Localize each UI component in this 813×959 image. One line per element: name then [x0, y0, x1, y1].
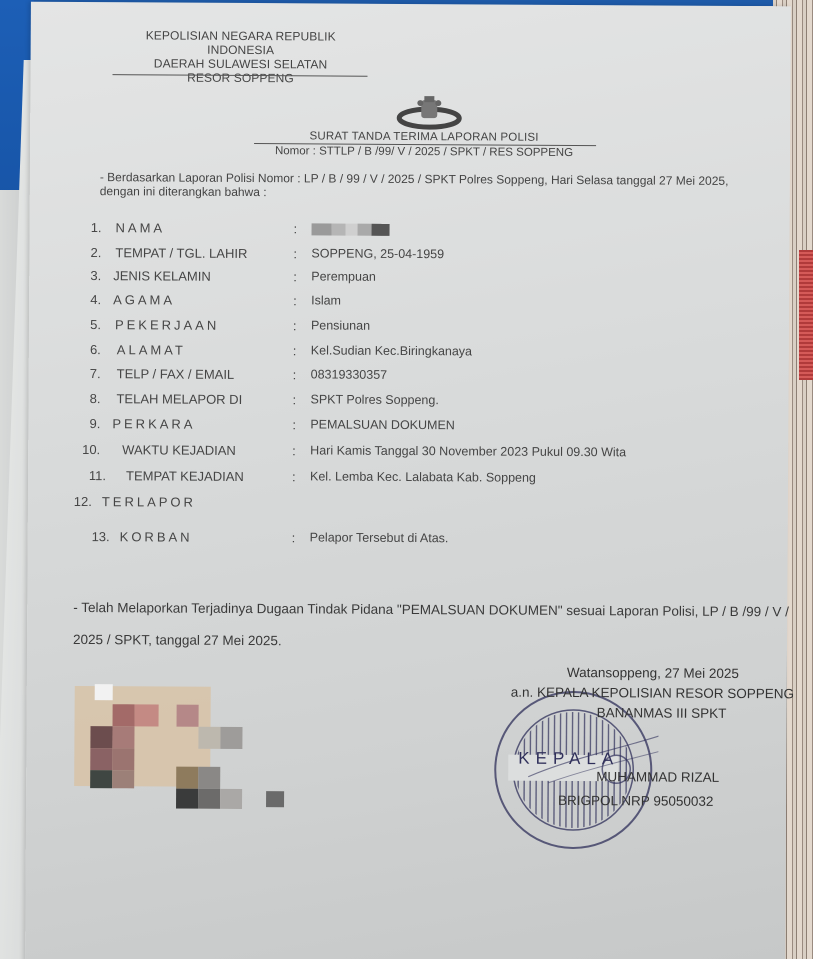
field-colon: : — [292, 469, 296, 484]
field-number: 4. — [79, 292, 101, 307]
report-receipt-document: KEPOLISIAN NEGARA REPUBLIK INDONESIA DAE… — [25, 2, 791, 959]
unit-name: BANANMAS III SPKT — [597, 705, 727, 721]
field-colon: : — [293, 367, 297, 382]
field-value: Kel.Sudian Kec.Biringkanaya — [311, 343, 472, 358]
field-label: KORBAN — [120, 529, 193, 544]
letterhead-line-1: KEPOLISIAN NEGARA REPUBLIK INDONESIA — [111, 28, 371, 58]
field-number: 10. — [78, 442, 100, 457]
field-value: 08319330357 — [311, 367, 388, 381]
field-value: Perempuan — [311, 269, 376, 283]
field-number: 13. — [88, 529, 110, 544]
stamp-position: KEPALA — [518, 749, 619, 770]
signer-rank-nrp: BRIGPOL NRP 95050032 — [558, 793, 713, 809]
field-value: PEMALSUAN DOKUMEN — [310, 417, 455, 432]
field-colon: : — [293, 318, 297, 333]
field-label: JENIS KELAMIN — [113, 268, 211, 284]
place-date: Watansoppeng, 27 Mei 2025 — [567, 665, 739, 681]
field-value: SPKT Polres Soppeng. — [310, 392, 438, 407]
field-colon: : — [293, 269, 297, 284]
signature-block: Watansoppeng, 27 Mei 2025 a.n. KEPALA KE… — [487, 664, 787, 666]
field-number: 11. — [84, 468, 106, 483]
field-number: 6. — [79, 342, 101, 357]
field-number: 3. — [79, 268, 101, 283]
field-number: 8. — [78, 391, 100, 406]
field-colon: : — [293, 343, 297, 358]
field-value: Islam — [311, 293, 341, 307]
field-label: ALAMAT — [117, 342, 186, 357]
field-value: Hari Kamis Tanggal 30 November 2023 Puku… — [310, 443, 626, 459]
letterhead-line-3: RESOR SOPPENG — [110, 70, 370, 86]
conclusion-paragraph: - Telah Melaporkan Terjadinya Dugaan Tin… — [73, 592, 793, 660]
field-number: 7. — [79, 366, 101, 381]
on-behalf-of: a.n. KEPALA KEPOLISIAN RESOR SOPPENG — [511, 685, 794, 702]
field-colon: : — [293, 293, 297, 308]
field-number: 2. — [79, 245, 101, 260]
field-value: Pensiunan — [311, 318, 370, 332]
document-number: Nomor : STTLP / B /99/ V / 2025 / SPKT /… — [254, 145, 594, 159]
field-colon: : — [292, 392, 296, 407]
field-number: 5. — [79, 317, 101, 332]
field-label: WAKTU KEJADIAN — [122, 442, 236, 458]
field-value: Kel. Lemba Kec. Lalabata Kab. Soppeng — [310, 469, 536, 484]
police-emblem-icon — [394, 94, 464, 130]
field-label: TELAH MELAPOR DI — [116, 391, 242, 407]
letterhead: KEPOLISIAN NEGARA REPUBLIK INDONESIA DAE… — [110, 28, 370, 86]
field-value: SOPPENG, 25-04-1959 — [311, 246, 444, 261]
intro-paragraph: - Berdasarkan Laporan Polisi Nomor : LP … — [100, 170, 760, 202]
background-red-fabric — [799, 250, 813, 380]
redacted-photo-icon — [70, 678, 301, 809]
field-value: Pelapor Tersebut di Atas. — [310, 530, 449, 545]
signer-name: MUHAMMAD RIZAL — [596, 769, 719, 785]
field-label: TELP / FAX / EMAIL — [117, 366, 235, 382]
field-colon: : — [292, 443, 296, 458]
field-colon: : — [293, 246, 297, 261]
field-number: 9. — [78, 416, 100, 431]
field-label: TEMPAT / TGL. LAHIR — [115, 245, 247, 261]
field-label: NAMA — [116, 220, 166, 235]
field-label: AGAMA — [113, 292, 175, 307]
field-colon: : — [292, 530, 296, 545]
field-label: TERLAPOR — [102, 494, 196, 510]
field-label: PEKERJAAN — [115, 317, 219, 333]
field-colon: : — [292, 417, 296, 432]
field-label: PERKARA — [112, 416, 195, 432]
field-colon: : — [294, 221, 298, 236]
document-title: SURAT TANDA TERIMA LAPORAN POLISI — [254, 130, 594, 144]
redacted-name-value — [312, 223, 390, 235]
field-label: TEMPAT KEJADIAN — [126, 468, 244, 484]
field-number: 12. — [70, 494, 92, 509]
field-number: 1. — [80, 220, 102, 235]
